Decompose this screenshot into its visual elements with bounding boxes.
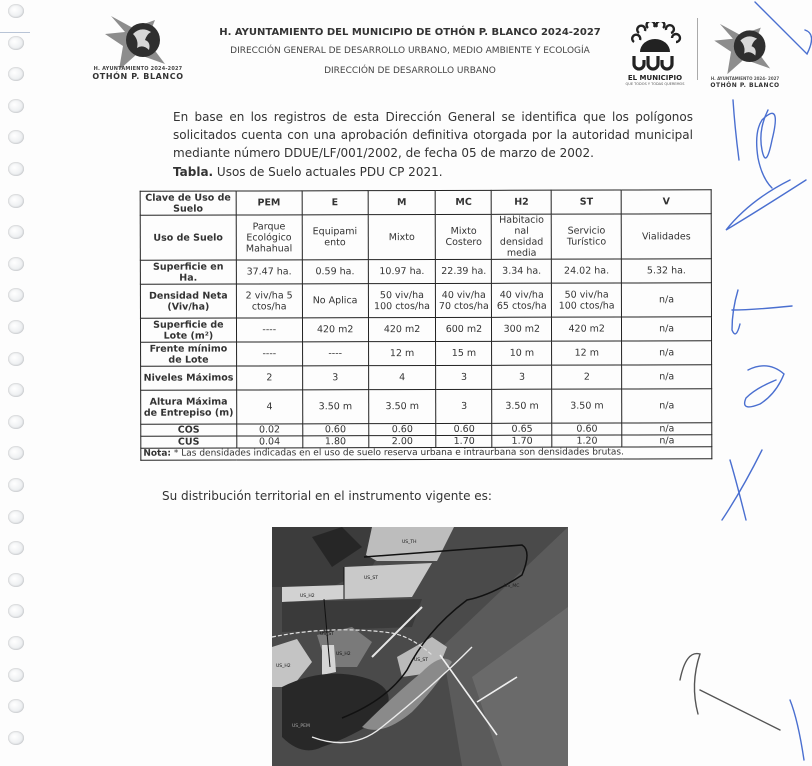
table-cell: 3.50 m — [552, 389, 622, 423]
table-row: Altura Máxima de Entrepiso (m)43.50 m3.5… — [141, 389, 712, 424]
table-column-header: H2 — [492, 190, 552, 214]
table-cell: 0.60 — [302, 424, 368, 436]
map-label: US_H2 — [336, 651, 351, 657]
binder-hole — [8, 604, 24, 618]
table-cell: ---- — [236, 342, 302, 366]
table-cell: 600 m2 — [436, 317, 492, 341]
map-label: US_ST — [364, 575, 378, 581]
table-cell: 420 m2 — [302, 318, 368, 342]
table-cell: 3.50 m — [368, 389, 436, 423]
table-cell: 2 — [236, 366, 302, 390]
table-column-header: M — [368, 190, 436, 214]
binder-hole — [8, 36, 24, 50]
table-note-label: Nota: — [143, 449, 171, 459]
table-column-header: E — [302, 191, 368, 215]
map-label: US_ST — [320, 631, 334, 637]
table-cell: n/a — [622, 423, 712, 435]
binder-hole — [8, 636, 24, 650]
binder-hole — [8, 320, 24, 334]
table-cell: 40 viv/ha 70 ctos/ha — [436, 283, 492, 317]
table-cell: 300 m2 — [492, 317, 552, 341]
table-row-header: Densidad Neta (Viv/ha) — [140, 284, 236, 318]
table-cell: 3.50 m — [492, 389, 552, 423]
table-caption-text: Usos de Suelo actuales PDU CP 2021. — [213, 165, 442, 179]
table-cell: 0.60 — [436, 423, 492, 435]
table-cell: 420 m2 — [552, 317, 622, 341]
table-cell: 2 — [552, 365, 622, 389]
table-cell: 1.70 — [492, 435, 552, 447]
table-cell: n/a — [622, 317, 712, 341]
header-subtitle-direction: DIRECCIÓN DE DESARROLLO URBANO — [200, 66, 620, 76]
table-cell: 0.02 — [237, 424, 303, 436]
table-column-header: PEM — [236, 191, 302, 215]
table-row: Superficie de Lote (m²)----420 m2420 m26… — [140, 317, 711, 342]
logo-othon-p-blanco-right — [710, 22, 780, 82]
map-label: US_TH — [402, 539, 417, 545]
table-cell: 4 — [368, 365, 436, 389]
table-column-header: ST — [551, 190, 621, 214]
header-title: H. AYUNTAMIENTO DEL MUNICIPIO DE OTHÓN P… — [200, 27, 620, 38]
table-row-header: Frente mínimo de Lote — [141, 342, 237, 366]
table-cell: 3.34 ha. — [492, 259, 552, 283]
table-cell: 3.50 m — [302, 390, 368, 424]
table-cell: 22.39 ha. — [436, 259, 492, 283]
map-label: US_H2 — [276, 663, 291, 669]
table-cell: n/a — [622, 341, 712, 365]
emblem-sublabel: QUE TODOS Y TODAS QUEREMOS — [620, 82, 690, 86]
header-divider — [697, 18, 698, 80]
table-cell: Servicio Turístico — [552, 214, 622, 259]
table-cell: 3 — [436, 389, 492, 423]
binder-hole — [8, 510, 24, 524]
table-row: Uso de SueloParque Ecológico MahahualEqu… — [140, 214, 711, 260]
table-cell: Mixto Costero — [436, 214, 492, 259]
table-cell: 10 m — [492, 341, 552, 365]
logo-right-caption-large: OTHÓN P. BLANCO — [703, 82, 787, 89]
table-row-header: CUS — [141, 436, 237, 448]
table-row-header: Niveles Máximos — [141, 366, 237, 390]
table-cell: 0.60 — [368, 423, 436, 435]
table-cell: ---- — [236, 318, 302, 342]
table-cell: n/a — [622, 283, 712, 317]
table-cell: No Aplica — [302, 284, 368, 318]
table-cell: Habitacio nal densidad media — [492, 214, 552, 259]
logo-left-caption-large: OTHÓN P. BLANCO — [83, 72, 193, 81]
table-column-header: MC — [436, 190, 492, 214]
table-row: Frente mínimo de Lote--------12 m15 m10 … — [141, 341, 712, 366]
table-cell: 4 — [236, 390, 302, 424]
map-label: US_MC — [504, 583, 519, 589]
table-cell: 0.59 ha. — [302, 260, 368, 284]
map-label: US_PEM — [292, 723, 310, 729]
table-cell: n/a — [622, 435, 712, 447]
binder-hole — [8, 699, 24, 713]
table-cell: ---- — [302, 342, 368, 366]
table-note-row: Nota: * Las densidades indicadas en el u… — [141, 447, 712, 460]
table-cell: 0.65 — [492, 423, 552, 435]
binder-hole — [8, 478, 24, 492]
binder-hole — [8, 573, 24, 587]
binder-hole — [8, 225, 24, 239]
emblem-label: EL MUNICIPIO — [620, 74, 690, 82]
table-note: Nota: * Las densidades indicadas en el u… — [141, 447, 712, 460]
table-cell: 24.02 ha. — [552, 259, 622, 283]
table-column-header: V — [621, 190, 711, 214]
binder-hole — [8, 383, 24, 397]
binder-hole — [8, 352, 24, 366]
binder-hole — [8, 288, 24, 302]
table-cell: 5.32 ha. — [621, 259, 711, 283]
land-use-table: Clave de Uso de Suelo PEMEMMCH2STV Uso d… — [140, 189, 713, 460]
table-cell: 40 viv/ha 65 ctos/ha — [492, 283, 552, 317]
map-label: US_H2 — [300, 593, 315, 599]
binder-hole — [8, 4, 24, 18]
table-header-label: Clave de Uso de Suelo — [140, 191, 236, 215]
table-cell: 2.00 — [368, 435, 436, 447]
table-cell: 37.47 ha. — [236, 260, 302, 284]
table-cell: 3 — [492, 365, 552, 389]
table-cell: 15 m — [436, 341, 492, 365]
table-row: Niveles Máximos234332n/a — [141, 365, 712, 390]
binder-hole — [8, 668, 24, 682]
binder-hole — [8, 99, 24, 113]
table-cell: 420 m2 — [368, 317, 436, 341]
binder-hole — [8, 541, 24, 555]
table-cell: Mixto — [368, 214, 436, 259]
binder-holes — [8, 0, 30, 766]
table-cell: 3 — [302, 366, 368, 390]
table-row-header: COS — [141, 424, 237, 436]
table-note-text: * Las densidades indicadas en el uso de … — [171, 447, 624, 458]
table-cell: 1.70 — [436, 435, 492, 447]
table-row-header: Superficie de Lote (m²) — [140, 318, 236, 342]
table-cell: 12 m — [368, 341, 436, 365]
table-header-row: Clave de Uso de Suelo PEMEMMCH2STV — [140, 190, 711, 215]
logo-right-caption-small: H. AYUNTAMIENTO 2024- 2027 — [703, 76, 787, 81]
table-cell: 0.04 — [237, 436, 303, 448]
table-cell: Parque Ecológico Mahahual — [236, 215, 302, 260]
table-cell: 12 m — [552, 341, 622, 365]
distribution-text: Su distribución territorial en el instru… — [162, 489, 492, 503]
table-cell: n/a — [622, 389, 712, 423]
table-row: Densidad Neta (Viv/ha)2 viv/ha 5 ctos/ha… — [140, 283, 711, 318]
margin-line — [0, 32, 30, 33]
binder-hole — [8, 415, 24, 429]
table-cell: 3 — [436, 365, 492, 389]
table-row: Superficie en Ha.37.47 ha.0.59 ha.10.97 … — [140, 259, 711, 284]
table-cell: 1.80 — [302, 436, 368, 448]
table-cell: 50 viv/ha 100 ctos/ha — [368, 283, 436, 317]
territorial-distribution-map: US_TH US_ST US_H2 US_ST US_ST US_H2 US_H… — [272, 527, 568, 766]
table-cell: 10.97 ha. — [368, 259, 436, 283]
binder-hole — [8, 130, 24, 144]
table-row-header: Superficie en Ha. — [140, 260, 236, 284]
table-row-header: Uso de Suelo — [140, 215, 236, 260]
binder-hole — [8, 162, 24, 176]
header-subtitle-general: DIRECCIÓN GENERAL DE DESARROLLO URBANO, … — [190, 46, 630, 56]
table-cell: Equipami ento — [302, 215, 368, 260]
table-cell: 50 viv/ha 100 ctos/ha — [552, 283, 622, 317]
binder-hole — [8, 257, 24, 271]
table-cell: n/a — [622, 365, 712, 389]
binder-hole — [8, 194, 24, 208]
el-municipio-emblem-icon — [628, 22, 682, 80]
binder-hole — [8, 731, 24, 745]
table-cell: 2 viv/ha 5 ctos/ha — [236, 284, 302, 318]
table-cell: 0.60 — [552, 423, 622, 435]
table-cell: 1.20 — [552, 435, 622, 447]
table-cell: Vialidades — [621, 214, 711, 259]
table-caption-bold: Tabla. — [173, 165, 213, 179]
intro-paragraph: En base en los registros de esta Direcci… — [173, 108, 693, 162]
map-label: US_ST — [414, 657, 428, 663]
binder-hole — [8, 67, 24, 81]
table-row-header: Altura Máxima de Entrepiso (m) — [141, 390, 237, 424]
table-caption: Tabla. Usos de Suelo actuales PDU CP 202… — [173, 165, 443, 179]
binder-hole — [8, 446, 24, 460]
